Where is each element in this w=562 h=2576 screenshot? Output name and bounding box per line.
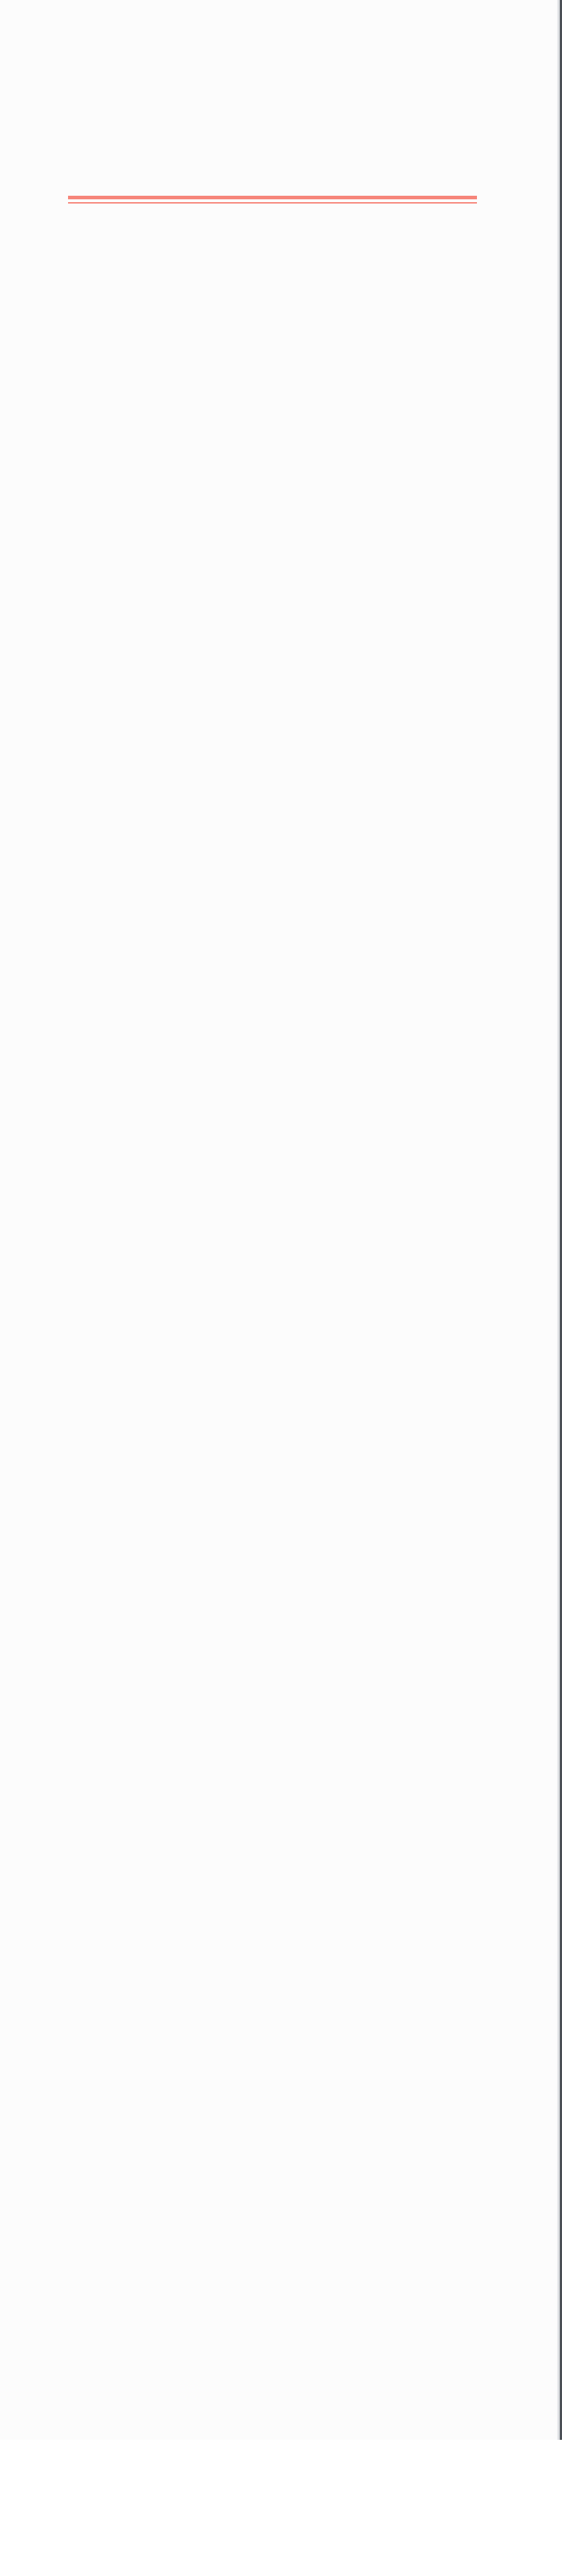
masthead-rule-thick (68, 196, 477, 199)
document-page (0, 0, 562, 2440)
masthead-rule-thin (68, 202, 477, 204)
